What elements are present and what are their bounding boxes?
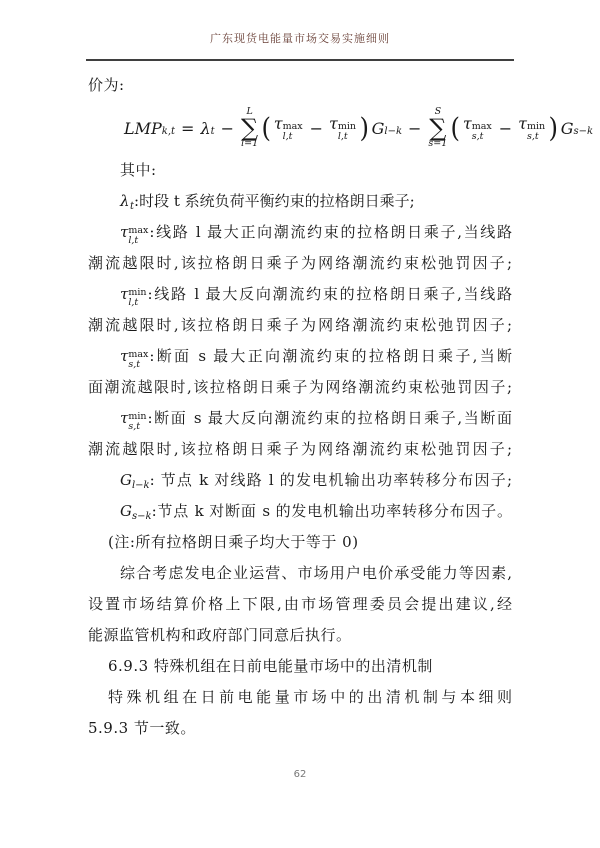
lambda-term: λt: [200, 119, 214, 138]
minus-operator: −: [221, 119, 234, 138]
sum-lower-limit: l=1: [241, 139, 258, 149]
def-gsdf-section-line: Gs−k:节点 k 对断面 s 的发电机输出功率转移分布因子。: [88, 496, 512, 527]
def-tau-section-min-cont: 潮流越限时,该拉格朗日乘子为网络潮流约束松弛罚因子;: [88, 434, 512, 465]
right-paren: ): [549, 115, 558, 142]
equals-sign: =: [181, 119, 194, 138]
minus-operator: −: [408, 119, 421, 138]
intro-line: 价为:: [88, 70, 512, 101]
lmp-term: LMPk,t: [124, 119, 175, 138]
def-tau-line-min-cont: 潮流越限时,该拉格朗日乘子为网络潮流约束松弛罚因子;: [88, 310, 512, 341]
header-title: 广东现货电能量市场交易实施细则: [0, 31, 600, 47]
para-price-limit-line-1: 综合考虑发电企业运营、市场用户电价承受能力等因素,: [88, 558, 512, 589]
sigma-icon: ∑: [241, 117, 258, 139]
def-tau-line-max-line: τmaxl,t:线路 l 最大正向潮流约束的拉格朗日乘子,当线路: [88, 217, 512, 248]
def-tau-line-min-line: τminl,t:线路 l 最大反向潮流约束的拉格朗日乘子,当线路: [88, 279, 512, 310]
def-tau-section-max-cont: 面潮流越限时,该拉格朗日乘子为网络潮流约束松弛罚因子;: [88, 372, 512, 403]
tau-line-min-term: τminl,t: [329, 114, 357, 142]
gsdf-section-term: Gs−k: [561, 119, 593, 138]
lmp-formula: LMPk,t = λt − L ∑ l=1 ( τmaxl,t − τminl,…: [123, 101, 512, 155]
para-price-limit-line-2: 设置市场结算价格上下限,由市场管理委员会提出建议,经: [88, 589, 512, 620]
header-rule: [86, 59, 514, 61]
gsdf-line-term: Gl−k: [372, 119, 402, 138]
def-lambda-line: λt:时段 t 系统负荷平衡约束的拉格朗日乘子;: [88, 186, 512, 217]
minus-operator: −: [499, 119, 512, 138]
where-line: 其中:: [88, 155, 512, 186]
def-tau-line-max-cont: 潮流越限时,该拉格朗日乘子为网络潮流约束松弛罚因子;: [88, 248, 512, 279]
tau-section-min-term: τmins,t: [518, 114, 546, 142]
left-paren: (: [262, 115, 271, 142]
def-tau-section-max-line: τmaxs,t:断面 s 最大正向潮流约束的拉格朗日乘子,当断: [88, 341, 512, 372]
para-price-limit-line-3: 能源监管机构和政府部门同意后执行。: [88, 620, 512, 651]
para-special-units-line-1: 特殊机组在日前电能量市场中的出清机制与本细则: [88, 682, 512, 713]
def-gsdf-line: Gl−k: 节点 k 对线路 l 的发电机输出功率转移分布因子;: [88, 465, 512, 496]
heading-6-9-3: 6.9.3 特殊机组在日前电能量市场中的出清机制: [88, 651, 512, 682]
line-sum: L ∑ l=1: [241, 107, 258, 149]
tau-line-max-term: τmaxl,t: [274, 114, 304, 142]
document-page: 广东现货电能量市场交易实施细则 价为: LMPk,t = λt − L ∑ l=…: [0, 0, 600, 848]
tau-section-max-term: τmaxs,t: [463, 114, 493, 142]
para-special-units-line-2: 5.9.3 节一致。: [88, 713, 512, 744]
def-tau-section-min-line: τmins,t:断面 s 最大反向潮流约束的拉格朗日乘子,当断面: [88, 403, 512, 434]
left-paren: (: [451, 115, 460, 142]
section-sum: S ∑ s=1: [428, 107, 447, 149]
right-paren: ): [360, 115, 369, 142]
sigma-icon: ∑: [429, 117, 446, 139]
minus-operator: −: [310, 119, 323, 138]
note-line: (注:所有拉格朗日乘子均大于等于 0): [88, 527, 512, 558]
sum-lower-limit: s=1: [428, 139, 447, 149]
page-number: 62: [0, 769, 600, 780]
content-area: 价为: LMPk,t = λt − L ∑ l=1 ( τmaxl,t − τm…: [88, 70, 512, 744]
